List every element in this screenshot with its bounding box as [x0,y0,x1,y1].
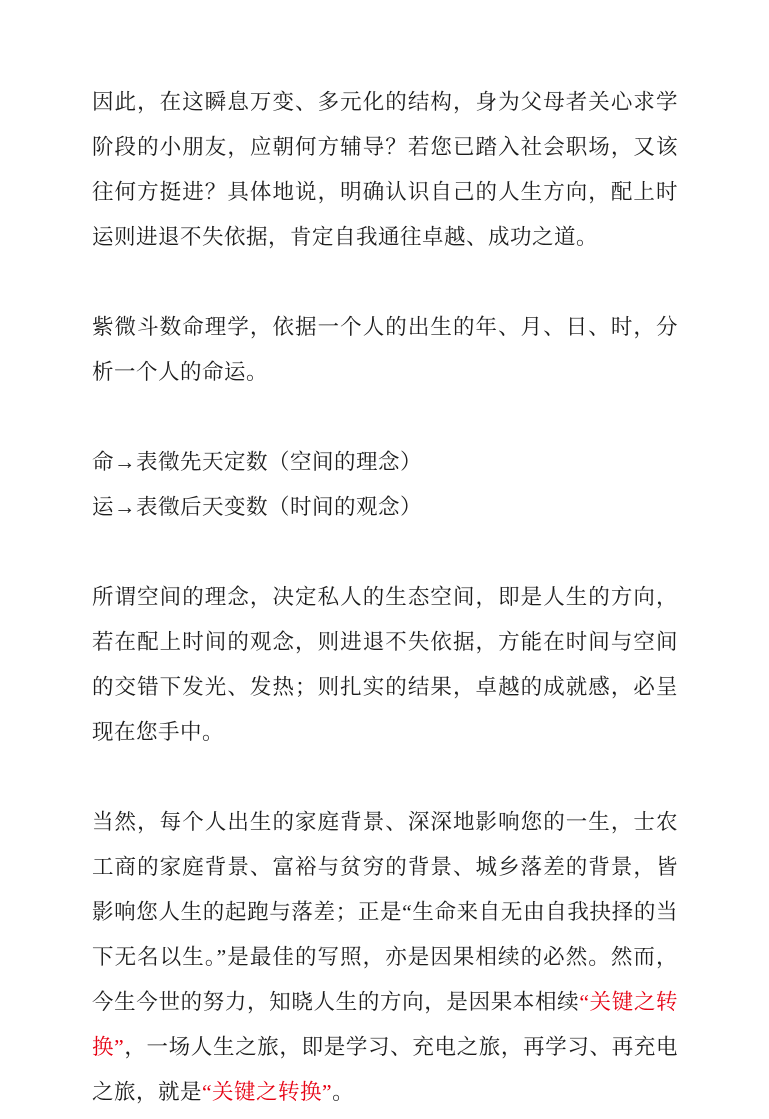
paragraph-intro: 因此，在这瞬息万变、多元化的结构，身为父母者关心求学阶段的小朋友，应朝何方辅导？… [92,80,678,260]
document-page: 因此，在这瞬息万变、多元化的结构，身为父母者关心求学阶段的小朋友，应朝何方辅导？… [0,0,769,1119]
paragraph-ziwei-text: 紫微斗数命理学，依据一个人的出生的年、月、日、时，分析一个人的命运。 [92,315,678,384]
line-ming-text: 命→表徵先天定数（空间的理念） [92,450,422,474]
paragraph-final-text-1: 当然，每个人出生的家庭背景、深深地影响您的一生，士农工商的家庭背景、富裕与贫穷的… [92,810,678,1014]
line-yun-definition: 运→表徵后天变数（时间的观念） [92,485,678,530]
paragraph-space-time: 所谓空间的理念，决定私人的生态空间，即是人生的方向，若在配上时间的观念，则进退不… [92,575,678,755]
paragraph-final-text-2: ，一场人生之旅，即是学习、充电之旅，再学习、再充电之旅，就是 [92,1035,678,1104]
paragraph-final: 当然，每个人出生的家庭背景、深深地影响您的一生，士农工商的家庭背景、富裕与贫穷的… [92,800,678,1115]
line-yun-text: 运→表徵后天变数（时间的观念） [92,495,422,519]
highlight-keyword-2: “关键之转换” [202,1080,332,1104]
paragraph-intro-text: 因此，在这瞬息万变、多元化的结构，身为父母者关心求学阶段的小朋友，应朝何方辅导？… [92,90,678,249]
paragraph-space-time-text: 所谓空间的理念，决定私人的生态空间，即是人生的方向，若在配上时间的观念，则进退不… [92,585,678,744]
line-ming-definition: 命→表徵先天定数（空间的理念） [92,440,678,485]
paragraph-ziwei: 紫微斗数命理学，依据一个人的出生的年、月、日、时，分析一个人的命运。 [92,305,678,395]
paragraph-final-text-3: 。 [332,1080,354,1104]
